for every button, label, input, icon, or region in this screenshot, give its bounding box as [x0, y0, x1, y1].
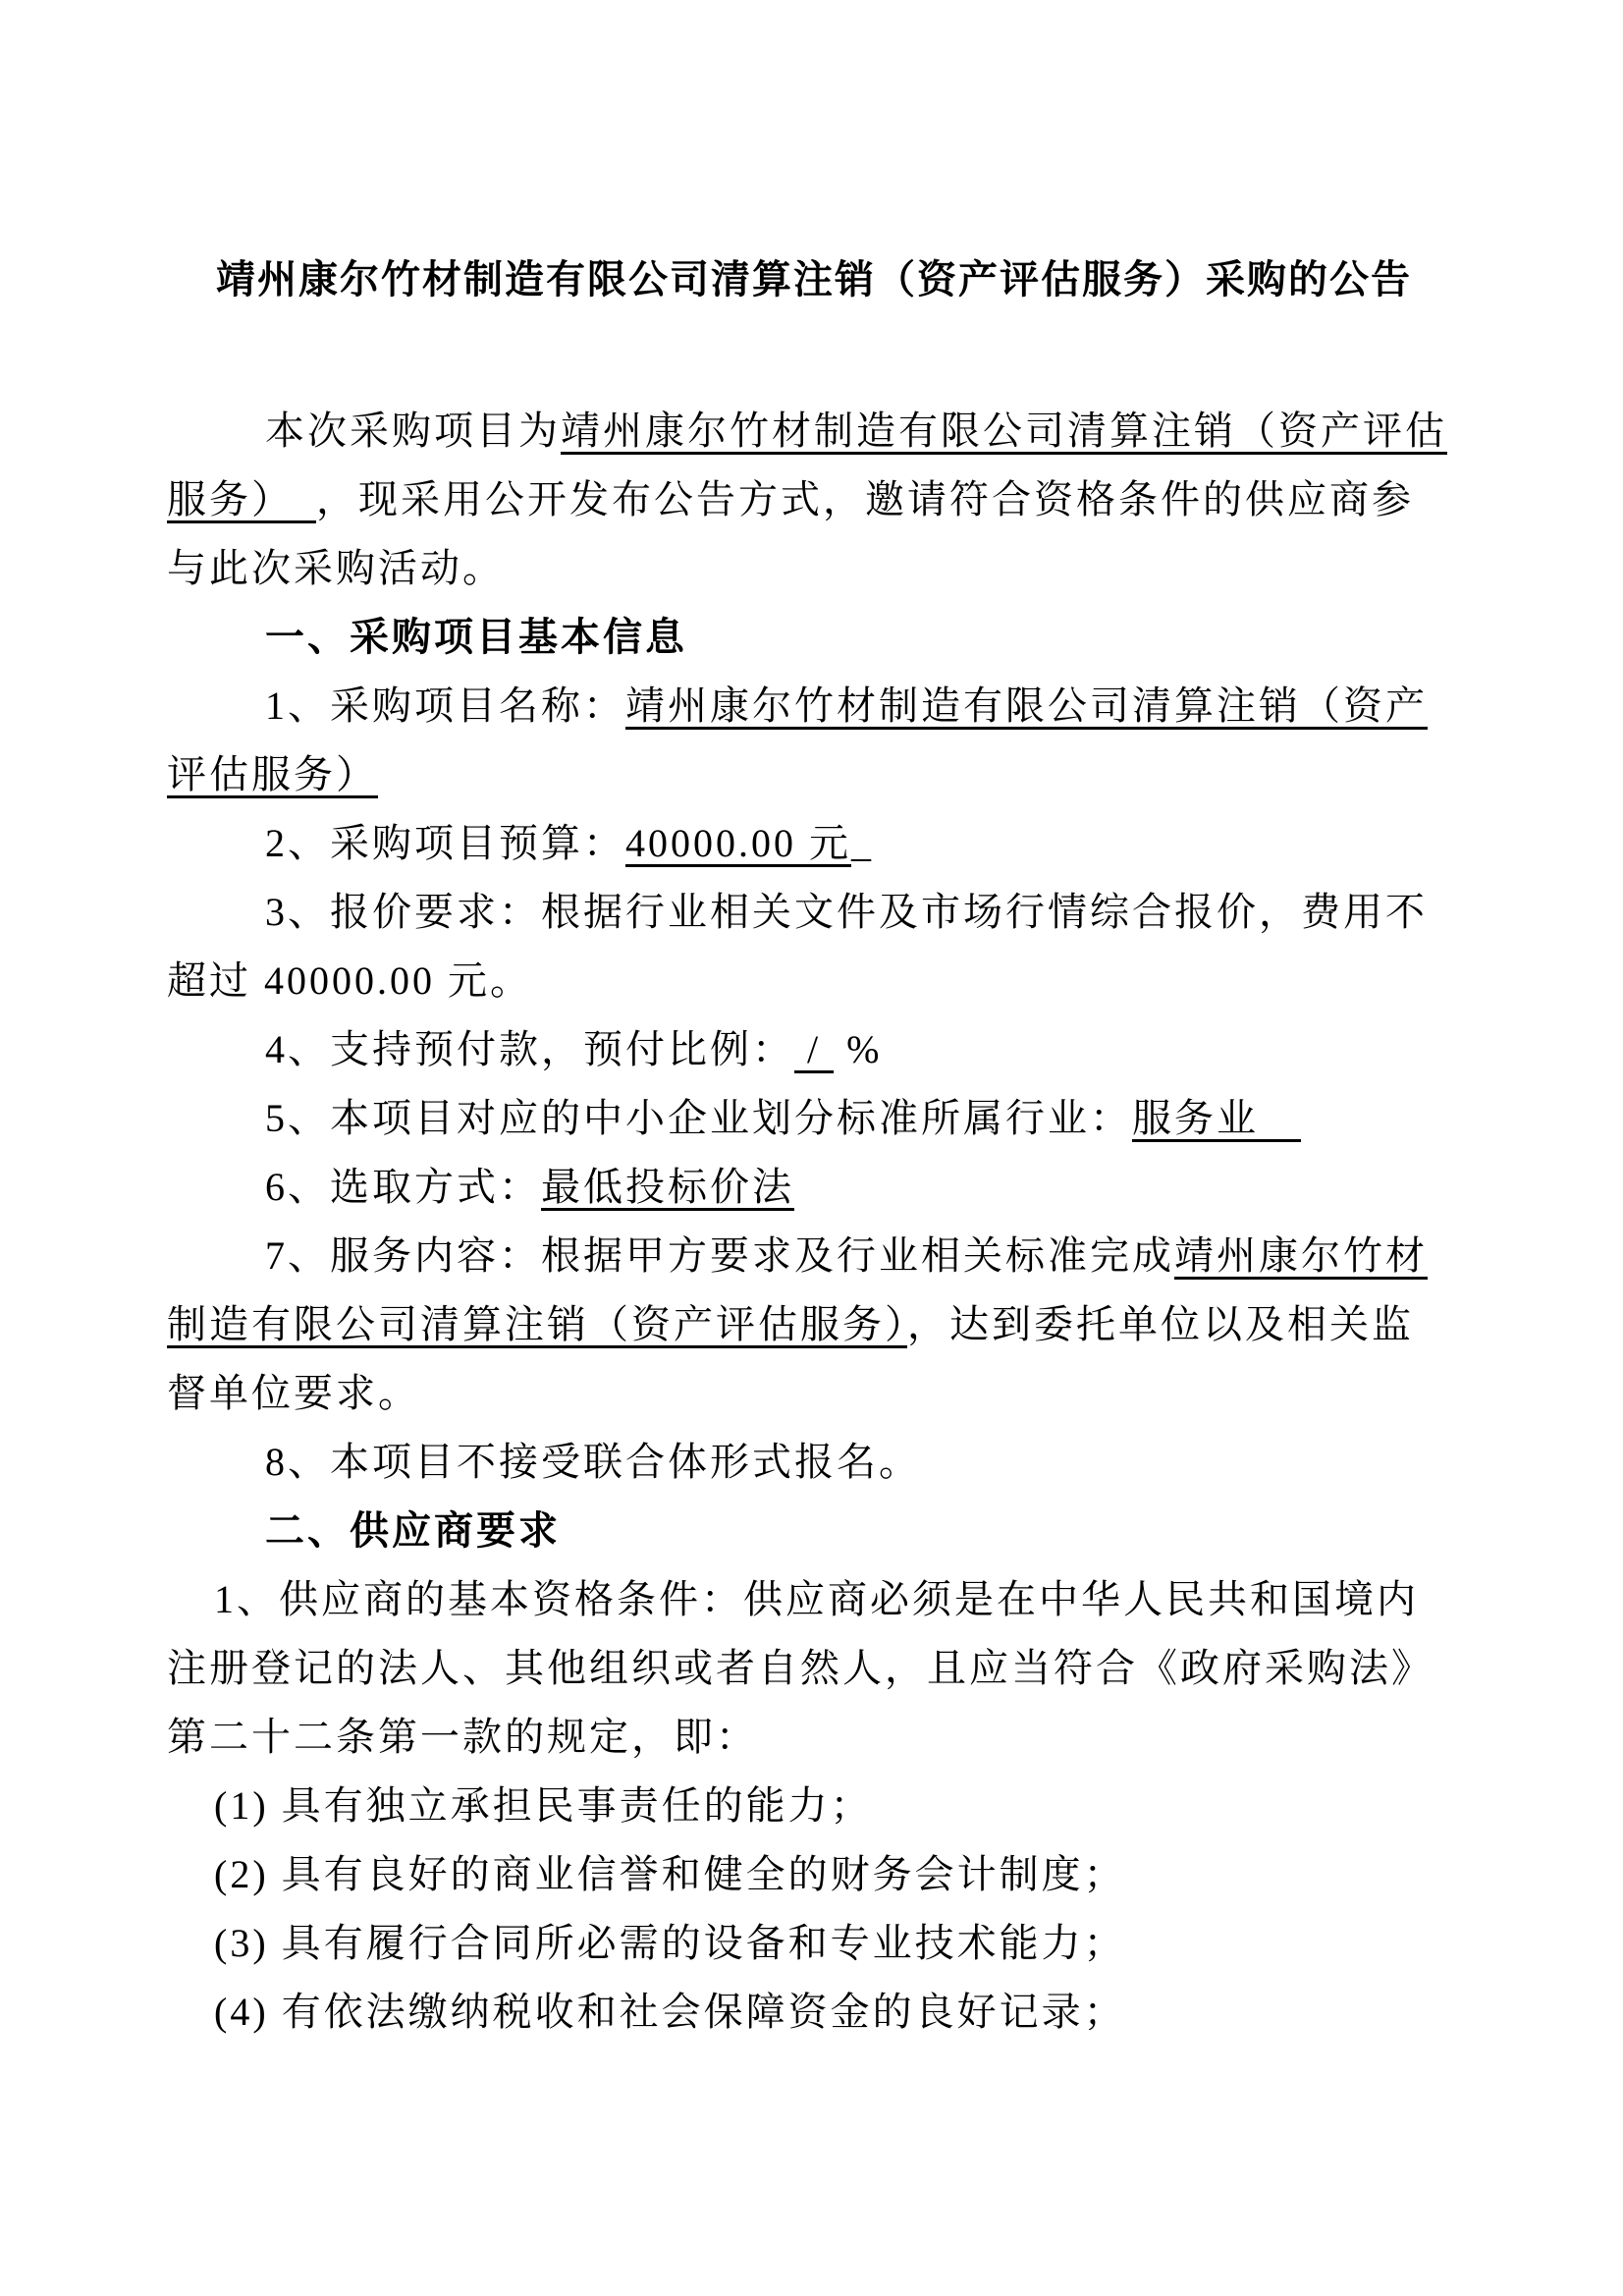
- text-line: 1、供应商的基本资格条件：供应商必须是在中华人民共和国境内: [167, 1565, 1461, 1634]
- text-segment: 第二十二条第一款的规定，即：: [167, 1715, 758, 1759]
- text-segment: 3、报价要求：根据行业相关文件及市场行情综合报价，费用不: [265, 890, 1428, 934]
- section-1-heading: 一、采购项目基本信息: [167, 603, 1461, 672]
- text-line: (2) 具有良好的商业信誉和健全的财务会计制度；: [167, 1840, 1461, 1909]
- underlined-text: 靖州康尔竹材制造有限公司清算注销（资产评估: [561, 409, 1447, 453]
- text-segment: 6、选取方式：: [265, 1165, 541, 1209]
- text-line: 8、本项目不接受联合体形式报名。: [167, 1428, 1461, 1497]
- text-segment: 靖州康尔竹材制造有限公司清算注销（资产评估服务）采购的公告: [216, 257, 1412, 301]
- text-segment: 督单位要求。: [167, 1371, 420, 1415]
- item-8-no-consortium: 8、本项目不接受联合体形式报名。: [167, 1428, 1461, 1497]
- section-2-heading: 二、供应商要求: [167, 1497, 1461, 1565]
- text-line: 评估服务）: [167, 740, 1461, 809]
- text-line: 超过 40000.00 元。: [167, 947, 1461, 1015]
- text-line: 2、采购项目预算：40000.00 元_: [167, 809, 1461, 878]
- text-segment: 与此次采购活动。: [167, 546, 505, 590]
- text-line: (1) 具有独立承担民事责任的能力；: [167, 1772, 1461, 1840]
- item-7-service-content: 7、服务内容：根据甲方要求及行业相关标准完成靖州康尔竹材制造有限公司清算注销（资…: [167, 1222, 1461, 1428]
- qualification-item-2: (2) 具有良好的商业信誉和健全的财务会计制度；: [167, 1840, 1461, 1909]
- text-segment: ，现采用公开发布公告方式，邀请符合资格条件的供应商参: [316, 477, 1414, 521]
- text-line: 一、采购项目基本信息: [167, 603, 1461, 672]
- text-segment: 8、本项目不接受联合体形式报名。: [265, 1440, 921, 1484]
- text-line: 本次采购项目为靖州康尔竹材制造有限公司清算注销（资产评估: [167, 397, 1461, 465]
- text-segment: 一、采购项目基本信息: [265, 615, 687, 659]
- doc-title: 靖州康尔竹材制造有限公司清算注销（资产评估服务）采购的公告: [167, 246, 1461, 314]
- text-segment: 本次采购项目为: [265, 409, 561, 453]
- item-4-prepayment: 4、支持预付款，预付比例： / %: [167, 1015, 1461, 1084]
- text-line: 注册登记的法人、其他组织或者自然人，且应当符合《政府采购法》: [167, 1634, 1461, 1703]
- underlined-text: /: [794, 1027, 834, 1071]
- text-segment: 超过 40000.00 元。: [167, 958, 532, 1003]
- document-page: 靖州康尔竹材制造有限公司清算注销（资产评估服务）采购的公告本次采购项目为靖州康尔…: [0, 0, 1623, 2296]
- text-segment: 7、服务内容：根据甲方要求及行业相关标准完成: [265, 1233, 1174, 1278]
- text-line: 服务） ，现采用公开发布公告方式，邀请符合资格条件的供应商参: [167, 465, 1461, 534]
- text-segment: 二、供应商要求: [265, 1508, 561, 1553]
- text-line: 二、供应商要求: [167, 1497, 1461, 1565]
- underlined-text: 40000.00 元: [625, 821, 851, 865]
- text-line: 与此次采购活动。: [167, 534, 1461, 603]
- text-segment: ，达到委托单位以及相关监: [907, 1302, 1414, 1346]
- text-segment: %: [834, 1027, 882, 1071]
- text-line: (4) 有依法缴纳税收和社会保障资金的良好记录；: [167, 1978, 1461, 2047]
- doc-content: 靖州康尔竹材制造有限公司清算注销（资产评估服务）采购的公告本次采购项目为靖州康尔…: [0, 0, 1623, 2047]
- text-segment: 5、本项目对应的中小企业划分标准所属行业：: [265, 1096, 1132, 1140]
- text-line: 7、服务内容：根据甲方要求及行业相关标准完成靖州康尔竹材: [167, 1222, 1461, 1290]
- text-segment: 2、采购项目预算：: [265, 821, 625, 865]
- item-6-selection-method: 6、选取方式：最低投标价法: [167, 1153, 1461, 1222]
- underlined-text: 最低投标价法: [541, 1165, 794, 1209]
- qualification-item-3: (3) 具有履行合同所必需的设备和专业技术能力；: [167, 1909, 1461, 1978]
- underlined-text: 服务）: [167, 477, 316, 521]
- text-line: (3) 具有履行合同所必需的设备和专业技术能力；: [167, 1909, 1461, 1978]
- text-segment: (4) 有依法缴纳税收和社会保障资金的良好记录；: [214, 1990, 1126, 2034]
- text-line: 督单位要求。: [167, 1359, 1461, 1428]
- text-segment: _: [851, 821, 874, 865]
- text-line: 6、选取方式：最低投标价法: [167, 1153, 1461, 1222]
- item-3-quotation-requirement: 3、报价要求：根据行业相关文件及市场行情综合报价，费用不超过 40000.00 …: [167, 878, 1461, 1015]
- text-line: 5、本项目对应的中小企业划分标准所属行业：服务业: [167, 1084, 1461, 1153]
- qualification-item-1: (1) 具有独立承担民事责任的能力；: [167, 1772, 1461, 1840]
- text-segment: (3) 具有履行合同所必需的设备和专业技术能力；: [214, 1921, 1126, 1965]
- item-1-project-name: 1、采购项目名称：靖州康尔竹材制造有限公司清算注销（资产评估服务）: [167, 672, 1461, 809]
- text-segment: 1、采购项目名称：: [265, 683, 625, 728]
- underlined-text: 靖州康尔竹材: [1174, 1233, 1428, 1278]
- text-line: 3、报价要求：根据行业相关文件及市场行情综合报价，费用不: [167, 878, 1461, 947]
- text-line: 靖州康尔竹材制造有限公司清算注销（资产评估服务）采购的公告: [167, 246, 1461, 314]
- text-segment: 注册登记的法人、其他组织或者自然人，且应当符合《政府采购法》: [167, 1646, 1434, 1690]
- text-line: 第二十二条第一款的规定，即：: [167, 1703, 1461, 1772]
- supplier-qualification-paragraph: 1、供应商的基本资格条件：供应商必须是在中华人民共和国境内注册登记的法人、其他组…: [167, 1565, 1461, 1772]
- underlined-text: 靖州康尔竹材制造有限公司清算注销（资产: [625, 683, 1428, 728]
- underlined-text: 服务业: [1132, 1096, 1301, 1140]
- item-5-industry: 5、本项目对应的中小企业划分标准所属行业：服务业: [167, 1084, 1461, 1153]
- text-line: 1、采购项目名称：靖州康尔竹材制造有限公司清算注销（资产: [167, 672, 1461, 740]
- underlined-text: 评估服务）: [167, 752, 378, 796]
- text-segment: 1、供应商的基本资格条件：供应商必须是在中华人民共和国境内: [214, 1577, 1419, 1621]
- text-line: 4、支持预付款，预付比例： / %: [167, 1015, 1461, 1084]
- item-2-budget: 2、采购项目预算：40000.00 元_: [167, 809, 1461, 878]
- text-line: 制造有限公司清算注销（资产评估服务），达到委托单位以及相关监: [167, 1290, 1461, 1359]
- text-segment: (1) 具有独立承担民事责任的能力；: [214, 1783, 873, 1828]
- underlined-text: 制造有限公司清算注销（资产评估服务）: [167, 1302, 907, 1346]
- text-segment: (2) 具有良好的商业信誉和健全的财务会计制度；: [214, 1852, 1126, 1896]
- text-segment: 4、支持预付款，预付比例：: [265, 1027, 794, 1071]
- qualification-item-4: (4) 有依法缴纳税收和社会保障资金的良好记录；: [167, 1978, 1461, 2047]
- intro-paragraph: 本次采购项目为靖州康尔竹材制造有限公司清算注销（资产评估服务） ，现采用公开发布…: [167, 397, 1461, 603]
